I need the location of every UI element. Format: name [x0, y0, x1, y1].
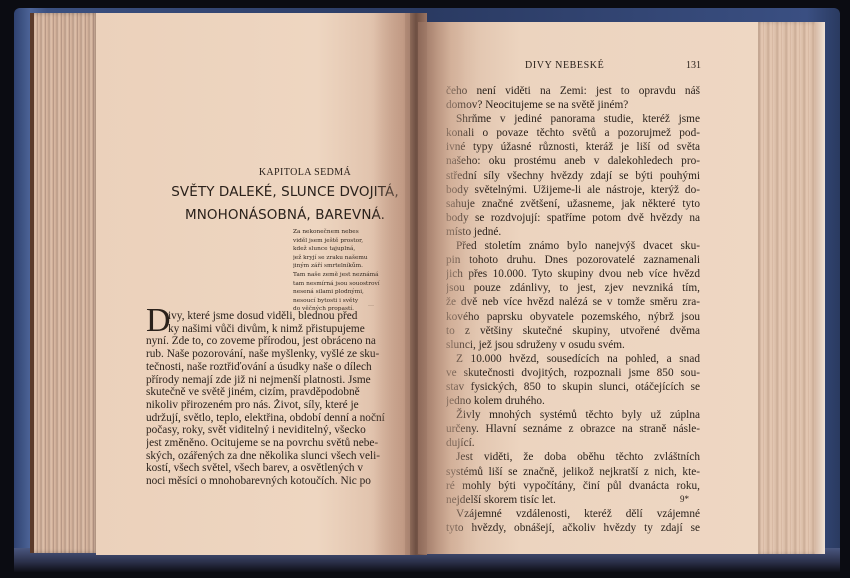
text-line: ré mohly býti vypočítány, činí půl dvaná… [446, 479, 700, 493]
text-line: body světelnými. Užijeme-li ale nástroje… [446, 183, 700, 197]
text-line: jest změněno. Ocitujeme se na povrchu sv… [146, 437, 408, 450]
chapter-label: KAPITOLA SEDMÁ [230, 167, 380, 178]
text-line: jedno kolem druhého. [446, 394, 700, 408]
text-line: tyto hvězdy, obnášejí, ačkoliv hvězdy ty… [446, 521, 700, 535]
text-line: slunci, jež jsou sdruženy v osudu svém. [446, 338, 700, 352]
text-line: ve skutečnosti dvojitých, rozpoznali jsm… [446, 366, 700, 380]
epigraph-line: tam nesmírná jsou souostroví [293, 280, 413, 289]
text-line: nyní. Zde to, co zoveme přírodou, jest o… [146, 335, 408, 348]
text-line: pin tohoto druhu. Dnes pozorovatelé zazn… [446, 253, 700, 267]
text-line: jsou pouze zdánlivy, to jest, zjev nevzn… [446, 281, 700, 295]
epigraph-line: jež kryjí se zraku našemu [293, 254, 413, 263]
text-line: noci měsíci o mnohobarevných kotoučích. … [146, 475, 408, 488]
text-line: Živly mnohých systémů těchto byly už zúp… [446, 408, 700, 422]
text-line: že dvě neb více hvězd nalézá se v tomže … [446, 295, 700, 309]
text-line: určeny. Hlavní seznáme z obrazce na stra… [446, 422, 700, 436]
epigraph-line: jiným září smrtelníkům. [293, 262, 413, 271]
text-line: Před stoletím známo bylo nanejvýš dvacet… [446, 239, 700, 253]
text-line: jich přes 10.000. Tyto skupiny dvou neb … [446, 267, 700, 281]
right-page-stack-edge [755, 22, 825, 554]
text-line: přírody nemají zde již ni nejmenší platn… [146, 374, 408, 387]
text-line: dující. [446, 436, 700, 450]
text-line: nejdelší skorem tisíc let. [446, 493, 700, 507]
printer-signature-mark: 9* [680, 494, 689, 504]
text-line: ky našimi vůči divům, k nimž přistupujem… [146, 323, 408, 336]
text-line: Jest viděti, že doba oběhu těchto zvlášt… [446, 450, 700, 464]
running-head: DIVY NEBESKÉ [525, 60, 604, 71]
epigraph-attribution: … [368, 301, 374, 308]
text-line: našeho: oku prostému aneb v dalekohledec… [446, 154, 700, 168]
text-line: počasy, roky, svět viditelný i neviditel… [146, 424, 408, 437]
epigraph-line: nesená silami plodnými, [293, 288, 413, 297]
left-page-body-text: ivy, které jsme dosud viděli, blednou př… [146, 310, 408, 488]
text-line: domov? Neocitujeme se na světě jiném? [446, 98, 700, 112]
text-line: sahuje značné zvětšení, užasneme, jak ně… [446, 197, 700, 211]
chapter-title-line: SVĚTY DALEKÉ, SLUNCE DVOJITÁ, [165, 181, 405, 204]
text-line: Vzájemné vzdálenosti, kteréž dělí vzájem… [446, 507, 700, 521]
text-line: to z většiny skutečné skupiny, utvořené … [446, 324, 700, 338]
text-line: ivy, které jsme dosud viděli, blednou př… [146, 310, 408, 323]
text-line: nikoliv přirozeném pro nás. Život, síly,… [146, 399, 408, 412]
epigraph-line: Za nekonečnem nebes [293, 228, 413, 237]
text-line: stav fysických, 850 to skupin slunci, ot… [446, 380, 700, 394]
text-line: střední síly všechny hvězdy zdají se být… [446, 169, 700, 183]
epigraph-line: Tam naše země jest neznámá [293, 271, 413, 280]
text-line: udržují, světlo, teplo, elektřina, obdob… [146, 412, 408, 425]
text-line: tečnosti, naše roztřiďování a úsudky naš… [146, 361, 408, 374]
page-number: 131 [686, 60, 701, 71]
text-line: body se rozdvojují: spatříme potom dvě h… [446, 211, 700, 225]
text-line: kového paprsku obyvatele pozemského, nýb… [446, 310, 700, 324]
text-line: konali o povaze těchto světů a pozorujme… [446, 126, 700, 140]
right-page-body-text: čeho není viděti na Zemi: jest to opravd… [446, 84, 700, 535]
text-line: čeho není viděti na Zemi: jest to opravd… [446, 84, 700, 98]
text-line: ivné typy úžasné různosti, kteráž je liš… [446, 140, 700, 154]
epigraph-line: kdež slunce tajuplná, [293, 245, 413, 254]
text-line: místo jedné. [446, 225, 700, 239]
text-line: ských, ozářených za dne několika slunci … [146, 450, 408, 463]
text-line: Z 10.000 hvězd, sousedících na pohled, a… [446, 352, 700, 366]
text-line: rub. Naše pozorování, naše myšlenky, vyš… [146, 348, 408, 361]
text-line: systémů liší se značně, jelikož nejkratš… [446, 465, 700, 479]
chapter-title: SVĚTY DALEKÉ, SLUNCE DVOJITÁ, MNOHONÁSOB… [165, 181, 405, 227]
text-line: skutečně ve světě jiném, cizím, pravděpo… [146, 386, 408, 399]
chapter-title-line: MNOHONÁSOBNÁ, BAREVNÁ. [165, 204, 405, 227]
text-line: kostí, všech světel, všech barev, a osvě… [146, 462, 408, 475]
epigraph-line: nesoucí bytosti i světy [293, 297, 413, 306]
left-page-stack-edge [30, 13, 98, 553]
epigraph: Za nekonečnem nebes viděl jsem ještě pro… [293, 228, 413, 314]
text-line: Shrňme v jediné panorama studie, kteréž … [446, 112, 700, 126]
epigraph-line: viděl jsem ještě prostor, [293, 237, 413, 246]
